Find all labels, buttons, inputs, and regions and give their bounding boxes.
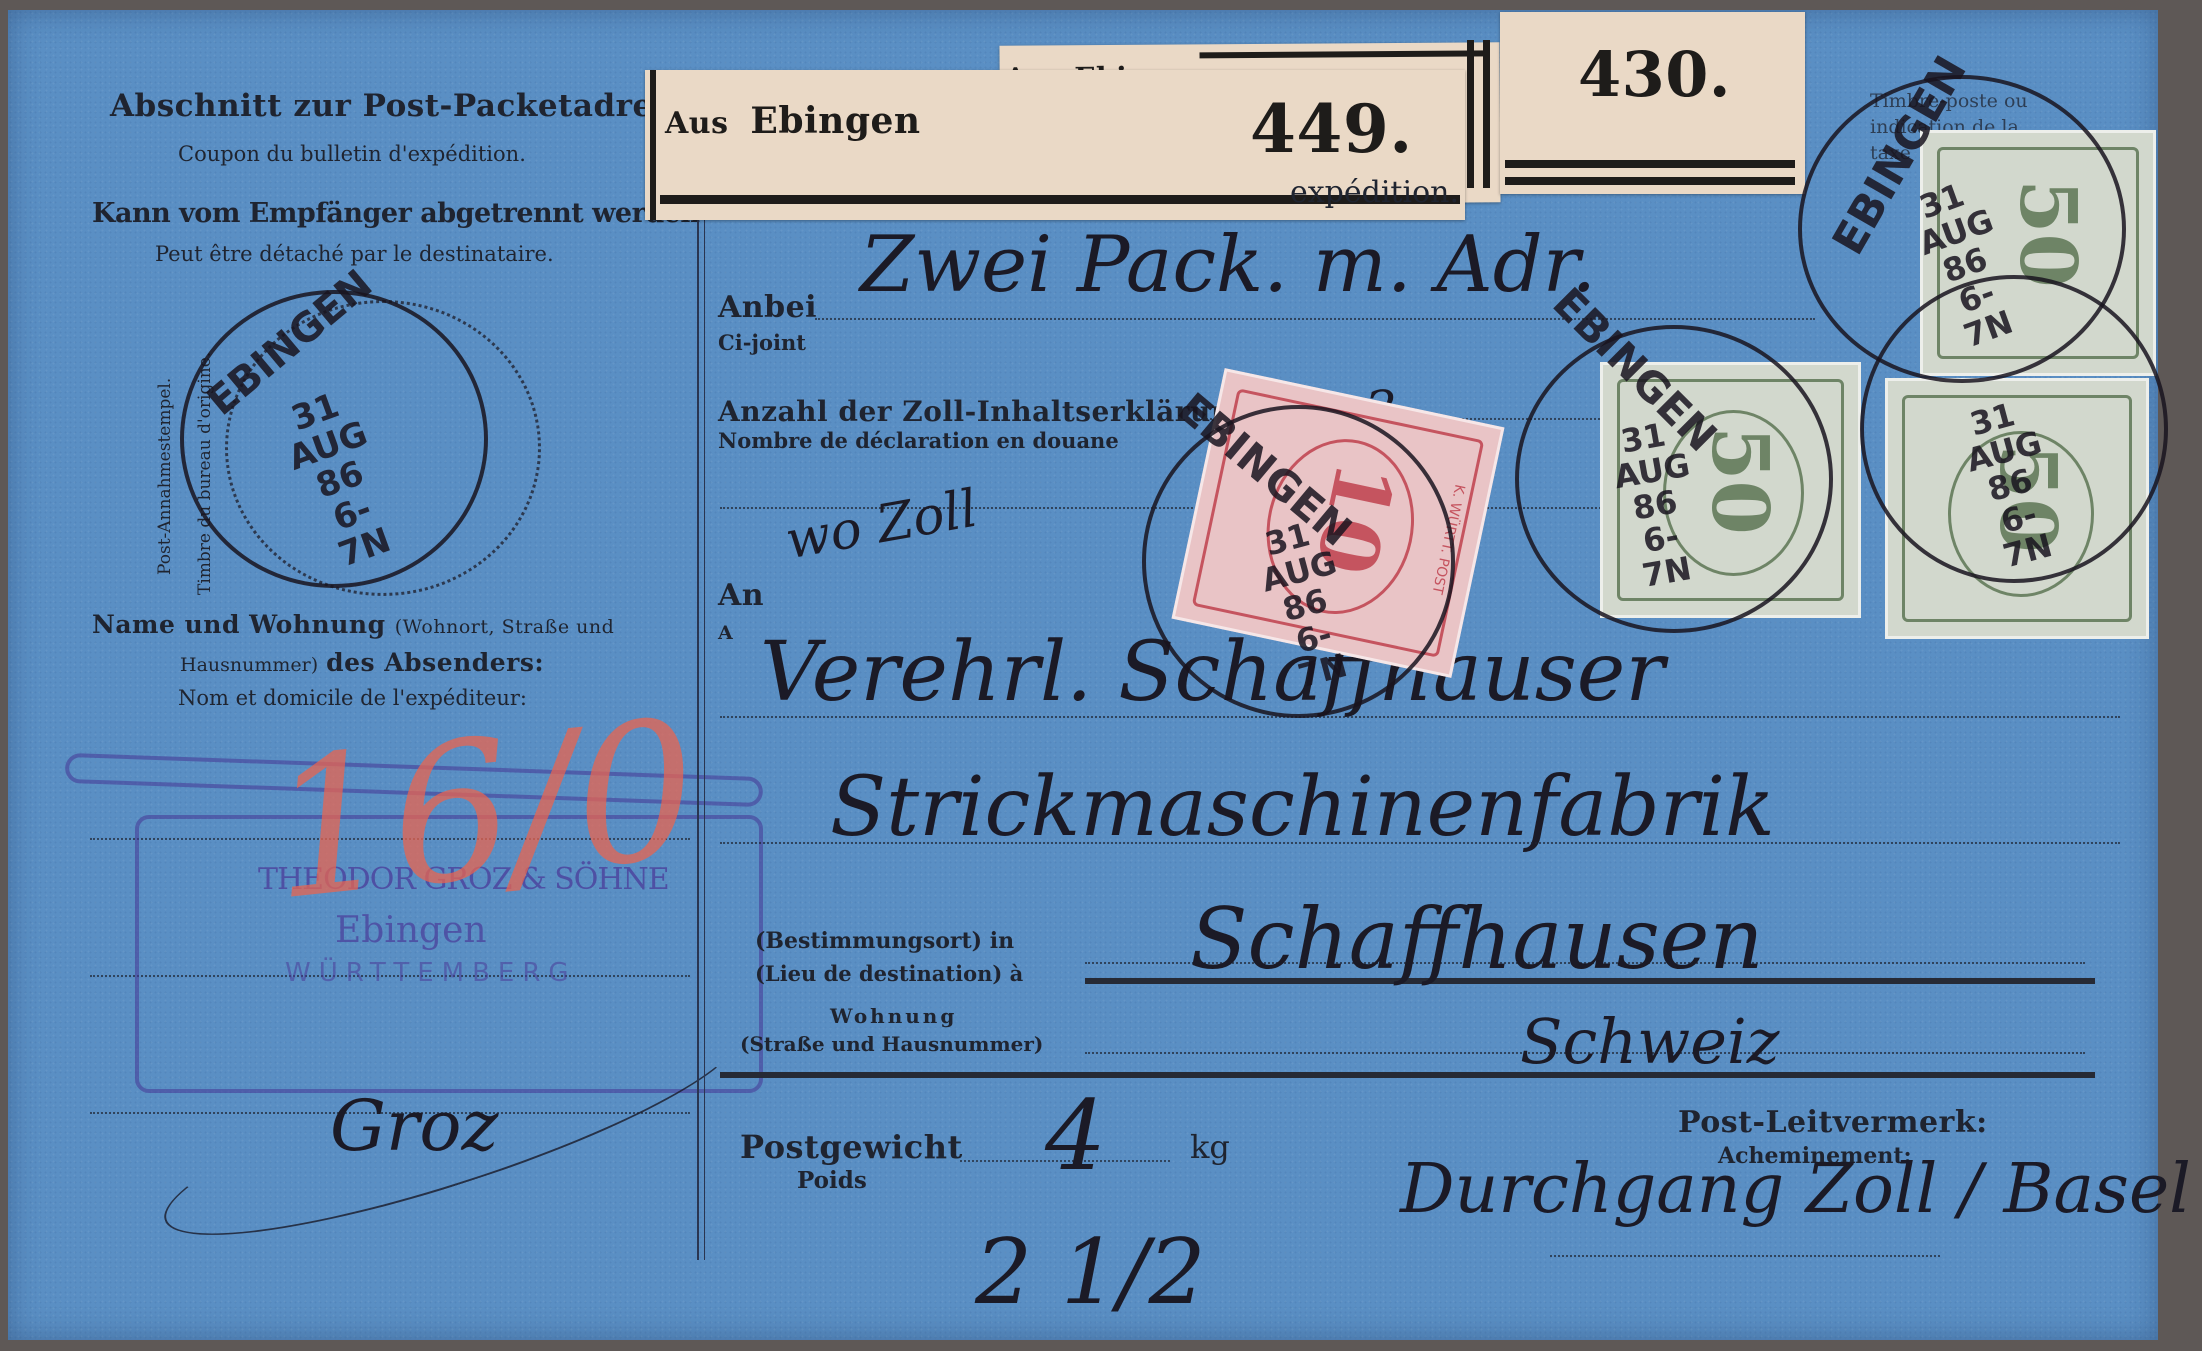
red-crayon-mark: 16/0 xyxy=(260,678,707,942)
addressee-line-2-rule xyxy=(720,842,2120,844)
routing-label-de: Post-Leitvermerk: xyxy=(1678,1105,1988,1140)
coupon-detach-de: Kann vom Empfänger abgetrennt werden xyxy=(92,198,700,229)
coupon-detach-fr: Peut être détaché par le destinataire. xyxy=(155,242,554,266)
addressee-line-2[interactable]: Strickmaschinenfabrik xyxy=(830,760,1775,855)
to-label-de: An xyxy=(718,578,764,613)
label-number-449: 449. xyxy=(1250,90,1413,168)
sender-label-de-1: Name und Wohnung xyxy=(92,610,386,639)
weight-extra[interactable]: 2 1/2 xyxy=(975,1220,1206,1325)
routing-value[interactable]: Durchgang Zoll / Basel xyxy=(1400,1150,2191,1229)
address-value[interactable]: Schweiz xyxy=(1520,1005,1779,1078)
label-rule-2 xyxy=(1505,177,1795,185)
label-number-430: 430. xyxy=(1578,38,1731,111)
address-label-de2: (Straße und Hausnummer) xyxy=(740,1032,1043,1056)
coupon-divider-right xyxy=(704,200,705,1260)
sender-label-de-4: des Absenders: xyxy=(326,648,544,677)
address-label-de: Wohnung xyxy=(830,1004,957,1028)
label-divider-1 xyxy=(1467,40,1474,188)
addressee-line-1-rule xyxy=(720,716,2120,718)
back-label-rule xyxy=(1199,50,1489,58)
to-label-fr: A xyxy=(718,622,733,644)
front-label-left-rule xyxy=(650,70,656,220)
weight-unit: kg xyxy=(1190,1128,1230,1166)
customs-label-fr: Nombre de déclaration en douane xyxy=(718,428,1119,453)
sender-label-de: Name und Wohnung (Wohnort, Straße und xyxy=(92,610,614,639)
coupon-divider-left xyxy=(697,200,699,1260)
enclosed-label-fr: Ci-joint xyxy=(718,330,806,355)
front-label-text: Aus Ebingen xyxy=(665,100,921,142)
destination-label-fr: (Lieu de destination) à xyxy=(755,961,1023,986)
weight-label-de: Postgewicht xyxy=(740,1128,963,1166)
sender-label-de-line2: Hausnummer) des Absenders: xyxy=(180,648,544,677)
label-prefix: Aus xyxy=(665,106,728,141)
weight-label-fr: Poids xyxy=(797,1167,867,1194)
routing-line xyxy=(1550,1255,1940,1257)
sender-label-de-3: Hausnummer) xyxy=(180,654,318,676)
label-rule-1 xyxy=(1505,160,1795,168)
coupon-title-fr: Coupon du bulletin d'expédition. xyxy=(178,142,526,166)
sender-label-de-2: (Wohnort, Straße und xyxy=(395,616,614,638)
number-label-430: 430. xyxy=(1500,12,1805,194)
section-rule xyxy=(720,1072,2095,1078)
weight-value[interactable]: 4 xyxy=(1045,1080,1106,1192)
header-fragment: expédition. xyxy=(1290,175,1459,210)
enclosed-label-de: Anbei xyxy=(718,290,817,325)
label-divider-2 xyxy=(1483,40,1490,188)
enclosed-value[interactable]: Zwei Pack. m. Adr. xyxy=(860,220,1596,310)
destination-label-de: (Bestimmungsort) in xyxy=(755,928,1014,954)
enclosed-line xyxy=(815,318,1815,320)
destination-value[interactable]: Schaffhausen xyxy=(1190,890,1763,988)
label-place: Ebingen xyxy=(750,100,920,142)
coupon-title-de: Abschnitt zur Post-Packetadresse xyxy=(110,88,709,124)
firm-region: WÜRTTEMBERG xyxy=(285,958,577,988)
postmark-label-de: Post-Annahmestempel. xyxy=(155,378,175,575)
